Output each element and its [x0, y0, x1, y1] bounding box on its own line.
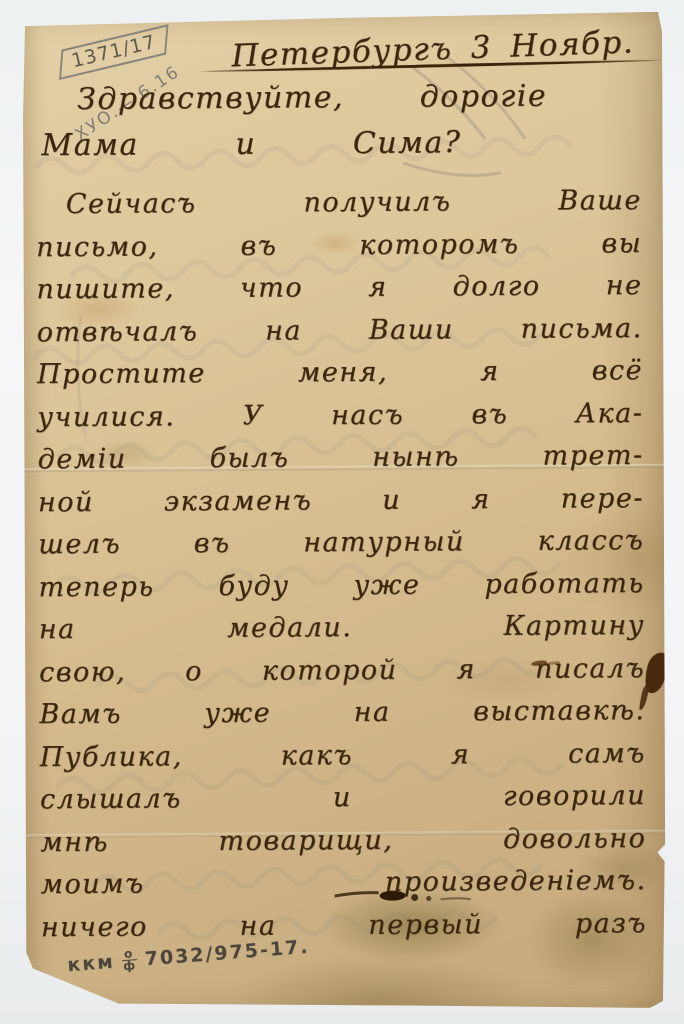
archive-fraction: о ф — [122, 948, 138, 972]
letter-line: отвѣчалъ на Ваши письма. — [37, 307, 643, 354]
letter-line: Вамъ уже на выставкѣ. — [39, 690, 645, 737]
letter-line: шелъ въ натурный классъ — [38, 520, 644, 567]
letter-line: Простите меня, я всё — [37, 350, 643, 397]
scan-canvas: { "colors": { "paper": "#d8c094", "ink":… — [0, 0, 684, 1024]
inventory-stamp-number: 1371/17 — [69, 31, 158, 72]
letter-line: свою, о которой я писалъ — [39, 647, 645, 694]
letter-line: ной экзаменъ и я пере- — [38, 477, 644, 524]
letter-line: слышалъ и говорили — [40, 775, 646, 822]
letter-line: училися. У насъ въ Ака- — [37, 392, 643, 439]
greeting-line-2: Мама и Сима? — [41, 125, 461, 163]
letter-page: 1371/17 ХУО.— 6.16 Петербургъ 3 Ноябр. З… — [19, 12, 670, 1012]
letter-body: Сейчасъ получилъ Ваше письмо, въ котором… — [36, 180, 651, 949]
archive-fraction-bottom: ф — [123, 960, 138, 972]
letter-line: Публика, какъ я самъ — [40, 732, 646, 779]
letter-line: письмо, въ которомъ вы — [36, 222, 642, 269]
letter-line: ничего на первый разъ — [41, 902, 647, 949]
dateline: Петербургъ 3 Ноябр. — [206, 23, 659, 77]
greeting-line-1: Здравствуйте, дорогіе — [77, 79, 547, 117]
letter-line: теперь буду уже работать — [38, 562, 644, 609]
letter-line: пишите, что я долго не — [36, 265, 642, 312]
letter-line: Сейчасъ получилъ Ваше — [36, 180, 642, 227]
letter-line: мнѣ товарищи, довольно — [40, 817, 646, 864]
inventory-stamp: 1371/17 — [59, 24, 168, 80]
letter-line: деміи былъ нынѣ трет- — [37, 435, 643, 482]
letter-line: моимъ произведеніемъ. — [40, 860, 646, 907]
archive-prefix: ккм — [67, 950, 116, 976]
letter-line: на медали. Картину — [39, 605, 645, 652]
